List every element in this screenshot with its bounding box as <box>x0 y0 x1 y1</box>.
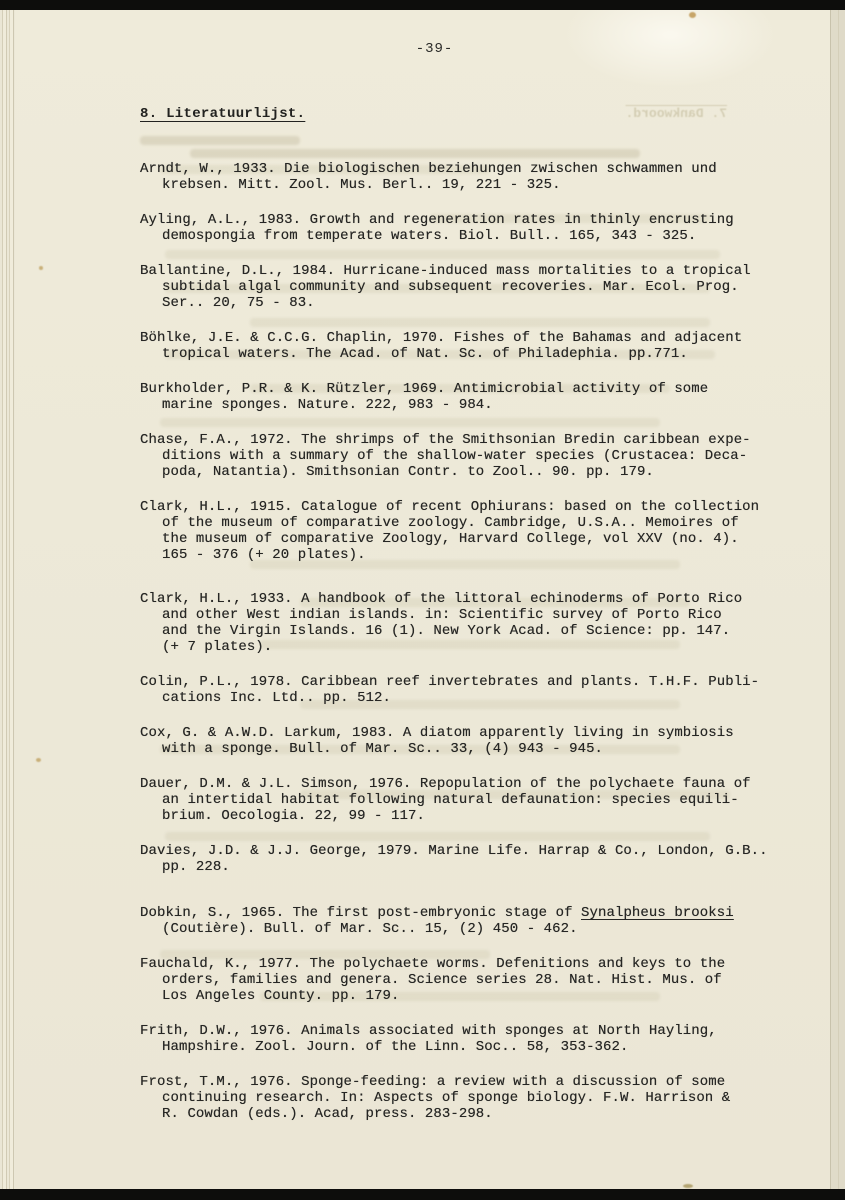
reference-entry: Cox, G. & A.W.D. Larkum, 1983. A diatom … <box>140 725 812 757</box>
reference-line: demospongia from temperate waters. Biol.… <box>162 228 812 244</box>
paper-speck <box>689 12 696 18</box>
reference-line: with a sponge. Bull. of Mar. Sc.. 33, (4… <box>162 741 812 757</box>
reference-entry: Arndt, W., 1933. Die biologischen bezieh… <box>140 161 812 193</box>
reference-line: and the Virgin Islands. 16 (1). New York… <box>162 623 812 639</box>
reference-line: subtidal algal community and subsequent … <box>162 279 812 295</box>
reference-entry: Dobkin, S., 1965. The first post-embryon… <box>140 905 812 937</box>
reference-line: an intertidal habitat following natural … <box>162 792 812 808</box>
reference-line: Clark, H.L., 1933. A handbook of the lit… <box>140 591 812 607</box>
bleedthrough-smudge <box>140 136 300 145</box>
reference-entry: Chase, F.A., 1972. The shrimps of the Sm… <box>140 432 812 480</box>
reference-line: Clark, H.L., 1915. Catalogue of recent O… <box>140 499 812 515</box>
reference-line: of the museum of comparative zoology. Ca… <box>162 515 812 531</box>
paper-speck <box>36 758 41 762</box>
underlined-species-name: Synalpheus brooksi <box>581 905 734 921</box>
reference-line: Ballantine, D.L., 1984. Hurricane-induce… <box>140 263 812 279</box>
reference-line: the museum of comparative Zoology, Harva… <box>162 531 812 547</box>
reference-entry: Böhlke, J.E. & C.C.G. Chaplin, 1970. Fis… <box>140 330 812 362</box>
bleedthrough-smudge <box>190 149 640 158</box>
reference-entry: Clark, H.L., 1933. A handbook of the lit… <box>140 591 812 655</box>
scan-border-bottom <box>0 1189 845 1200</box>
reference-line: Davies, J.D. & J.J. George, 1979. Marine… <box>140 843 812 859</box>
reference-line: Chase, F.A., 1972. The shrimps of the Sm… <box>140 432 812 448</box>
reference-line: tropical waters. The Acad. of Nat. Sc. o… <box>162 346 812 362</box>
reference-line: Dobkin, S., 1965. The first post-embryon… <box>140 905 812 921</box>
reference-line: Ser.. 20, 75 - 83. <box>162 295 812 311</box>
reference-line: (Coutière). Bull. of Mar. Sc.. 15, (2) 4… <box>162 921 812 937</box>
reference-line: Cox, G. & A.W.D. Larkum, 1983. A diatom … <box>140 725 812 741</box>
reference-line: R. Cowdan (eds.). Acad, press. 283-298. <box>162 1106 812 1122</box>
reference-entry: Fauchald, K., 1977. The polychaete worms… <box>140 956 812 1004</box>
reference-entry: Davies, J.D. & J.J. George, 1979. Marine… <box>140 843 812 875</box>
reference-entry: Frost, T.M., 1976. Sponge-feeding: a rev… <box>140 1074 812 1122</box>
reference-line: krebsen. Mitt. Zool. Mus. Berl.. 19, 221… <box>162 177 812 193</box>
reference-line: Arndt, W., 1933. Die biologischen bezieh… <box>140 161 812 177</box>
reference-entry: Ayling, A.L., 1983. Growth and regenerat… <box>140 212 812 244</box>
reference-entry: Dauer, D.M. & J.L. Simson, 1976. Repopul… <box>140 776 812 824</box>
reference-line: pp. 228. <box>162 859 812 875</box>
reference-line: poda, Natantia). Smithsonian Contr. to Z… <box>162 464 812 480</box>
reference-line: marine sponges. Nature. 222, 983 - 984. <box>162 397 812 413</box>
paper-speck <box>683 1184 693 1188</box>
reference-line: Los Angeles County. pp. 179. <box>162 988 812 1004</box>
paper-speck <box>39 266 43 270</box>
reference-line: 165 - 376 (+ 20 plates). <box>162 547 812 563</box>
scanned-book-page: -39- 7. Dankwoord. 8. Literatuurlijst. A… <box>0 0 845 1200</box>
reference-line: and other West indian islands. in: Scien… <box>162 607 812 623</box>
reference-line: continuing research. In: Aspects of spon… <box>162 1090 812 1106</box>
scan-border-top <box>0 0 845 10</box>
reference-entry: Frith, D.W., 1976. Animals associated wi… <box>140 1023 812 1055</box>
reference-entry: Colin, P.L., 1978. Caribbean reef invert… <box>140 674 812 706</box>
reference-entry: Clark, H.L., 1915. Catalogue of recent O… <box>140 499 812 563</box>
book-page-edges-left <box>0 10 15 1189</box>
reference-line: Fauchald, K., 1977. The polychaete worms… <box>140 956 812 972</box>
reference-line: Frith, D.W., 1976. Animals associated wi… <box>140 1023 812 1039</box>
reference-line: Colin, P.L., 1978. Caribbean reef invert… <box>140 674 812 690</box>
page-number: -39- <box>27 41 842 57</box>
reference-line: Frost, T.M., 1976. Sponge-feeding: a rev… <box>140 1074 812 1090</box>
reference-line: brium. Oecologia. 22, 99 - 117. <box>162 808 812 824</box>
reference-line: orders, families and genera. Science ser… <box>162 972 812 988</box>
reference-line: Hampshire. Zool. Journ. of the Linn. Soc… <box>162 1039 812 1055</box>
document-page: -39- 7. Dankwoord. 8. Literatuurlijst. A… <box>15 10 830 1189</box>
reference-line: ditions with a summary of the shallow-wa… <box>162 448 812 464</box>
section-heading: 8. Literatuurlijst. <box>140 106 305 122</box>
reference-list: Arndt, W., 1933. Die biologischen bezieh… <box>140 161 812 1141</box>
reference-line: (+ 7 plates). <box>162 639 812 655</box>
reference-entry: Burkholder, P.R. & K. Rützler, 1969. Ant… <box>140 381 812 413</box>
reference-line: cations Inc. Ltd.. pp. 512. <box>162 690 812 706</box>
book-page-edge-right <box>830 10 845 1189</box>
reference-line: Ayling, A.L., 1983. Growth and regenerat… <box>140 212 812 228</box>
reference-entry: Ballantine, D.L., 1984. Hurricane-induce… <box>140 263 812 311</box>
reference-line: Böhlke, J.E. & C.C.G. Chaplin, 1970. Fis… <box>140 330 812 346</box>
reference-line: Dauer, D.M. & J.L. Simson, 1976. Repopul… <box>140 776 812 792</box>
reference-line: Burkholder, P.R. & K. Rützler, 1969. Ant… <box>140 381 812 397</box>
bleedthrough-heading-mirrored: 7. Dankwoord. <box>607 106 727 121</box>
